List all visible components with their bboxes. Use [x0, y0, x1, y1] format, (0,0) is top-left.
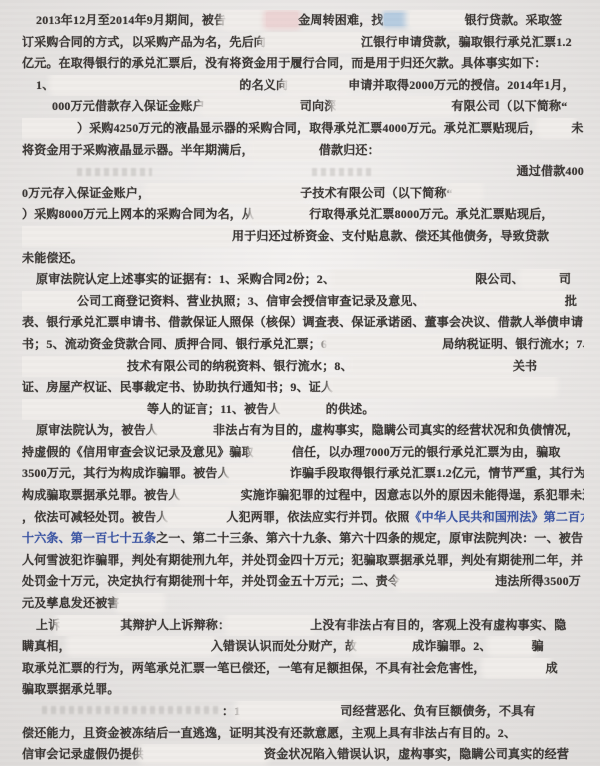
body-text: 金周转困难，找 [298, 13, 383, 27]
text-line: 构成骗取票据承兑罪。被告人实施诈骗犯罪的过程中，因意志以外的原因未能得逞，系犯罪… [22, 485, 584, 507]
redaction-patch [158, 422, 213, 436]
redaction-patch [22, 228, 232, 242]
redaction-patch [486, 660, 546, 674]
body-text: 人犯两罪，依法应实行并罚。依照 [226, 510, 409, 524]
body-text: 3500万元，其行为构成诈骗罪。被告人 [22, 466, 230, 480]
body-text: 司向深 [300, 99, 337, 113]
text-line: 将资金用于采购液晶显示器。半年期满后，借款归还： [22, 140, 584, 162]
redaction-patch [288, 77, 348, 91]
body-text: 原审法院认定上述事实的证据有：1、采购合同2份；2、 [36, 272, 335, 286]
body-text: 局纳税证明、银行流水；7、 [442, 337, 584, 351]
body-text: 银行贷款。采取签 [465, 13, 563, 27]
text-line: 订采购合同的方式，以采购产品为名，先后向江银行申请贷款，骗取银行承兑汇票1.2 [22, 32, 584, 54]
body-text: 书；5、流动资金贷款合同、质押合同、银行承兑汇票；6 [22, 337, 327, 351]
body-text: 司 [559, 272, 571, 286]
body-text: 000万元借款存入保证金账户 [52, 99, 205, 113]
body-text: 持虚假的《信用审查会议记录及意见》骗取 [22, 445, 254, 459]
body-text: ）采购4250万元的液晶显示器的采购合同，取得承兑汇票4000万元。承兑汇票贴现… [77, 121, 541, 135]
body-text: 用于归还过桥资金、支付贴息款、偿还其他债务，导致贷款 [232, 229, 549, 243]
text-line: 十六条、第一百七十五条之一、第二十三条、第六十九条、第六十四条的规定，原审法院判… [22, 528, 584, 550]
body-text: 的供述。 [326, 402, 375, 416]
body-text: 偿还能力，且资金被冻结后一直逃逸，证明其没有还款意愿，主观上具有非法占有目的。2… [22, 726, 516, 740]
text-line: 技术有限公司的纳税资料、银行流水；8、关书 [22, 356, 584, 378]
redaction-patch [226, 12, 266, 26]
body-text: 成诈骗罪。2、 [412, 639, 491, 653]
text-line: 证、房屋产权证、民事裁定书、协助执行通知书；9、证人 [22, 377, 584, 399]
ghost-stamp-marks [312, 168, 372, 176]
body-text: 批 [565, 294, 577, 308]
redaction-patch [254, 142, 319, 156]
redaction-patch [230, 617, 310, 631]
body-text: 未 [571, 121, 583, 135]
text-line: 人何雪波犯诈骗罪，判处有期徒刑九年，并处罚金四十万元；犯骗取票据承兑罪，判处有期… [22, 550, 584, 572]
redaction-patch [266, 34, 361, 48]
body-text: ）采购8000万元上网本的采购合同为名，从 [22, 207, 254, 221]
redaction-patch [22, 293, 77, 307]
body-text: 的名义向 [239, 78, 288, 92]
redaction-patch [541, 120, 571, 134]
text-line: 处罚金十万元，决定执行有期徒刑十年，并处罚金五十万元；二、责令违法所得3500万 [22, 571, 584, 593]
text-line: ：1司经营恶化、负有巨额债务，不具有 [22, 701, 584, 723]
redaction-patch [120, 595, 160, 609]
text-line: ，依法可减轻处罚。被告人人犯两罪，依法应实行并罚。依照《中华人民共和国刑法》第二… [22, 507, 584, 529]
text-line: ）采购8000万元上网本的采购合同为名，从行取得承兑汇票8000万元。承兑汇票贴… [22, 204, 584, 226]
text-line: 3500万元，其行为构成诈骗罪。被告人诈骗手段取得银行承兑汇票1.2亿元，情节严… [22, 463, 584, 485]
redaction-patch [150, 185, 300, 199]
redaction-patch [22, 358, 127, 372]
redaction-patch [410, 12, 465, 26]
text-line: 通过借款400 [22, 161, 584, 183]
body-text: 申请并取得2000万元的授信。2014年1月， [348, 78, 575, 92]
text-line: 000万元借款存入保证金账户司向深有限公司（以下简称“ [22, 96, 584, 118]
body-text: 构成骗取票据承兑罪。被告人 [22, 488, 181, 502]
redaction-patch [181, 487, 241, 501]
redaction-patch [327, 336, 442, 350]
document-page: 2013年12月至2014年9月期间，被告金周转困难，找银行贷款。采取签订采购合… [0, 0, 600, 766]
text-line: 0万元存入保证金账户，子技术有限公司（以下简称“ [22, 183, 584, 205]
body-text: 通过借款400 [517, 161, 584, 183]
law-citation-text: 《中华人民共和国刑法》第二百六 [409, 510, 584, 524]
redaction-patch [333, 379, 553, 393]
body-text: 1、 [36, 78, 54, 92]
body-text: 原审法院认为，被告人 [36, 423, 158, 437]
body-text: 技术有限公司的纳税资料、银行流水；8、 [127, 359, 353, 373]
redaction-patch [335, 271, 475, 285]
text-line: 信审会记录虚假仍提供资金状况陷入错误认识，虚构事实，隐瞒公司真实的经营 [22, 744, 584, 766]
redaction-patch [254, 206, 309, 220]
body-text: 司经营恶化、负有巨额债务，不具有 [340, 704, 535, 718]
body-text: 瞒真相， [22, 639, 71, 653]
body-text: 订采购合同的方式，以采购产品为名，先后向 [22, 35, 266, 49]
text-line: 原审法院认定上述事实的证据有：1、采购合同2份；2、限公司、司 [22, 269, 584, 291]
body-text: 骗取票据承兑罪。 [22, 682, 120, 696]
text-line: 等人的证言；11、被告人的供述。 [22, 399, 584, 421]
law-citation-text: 十六条、第一百七十五条 [22, 531, 156, 545]
redaction-patch [453, 185, 478, 199]
text-line: 用于归还过桥资金、支付贴息款、偿还其他债务，导致贷款 [22, 226, 584, 248]
body-text: 之一、第二十三条、第六十九条、第六十四条的规定，原审法院判决：一、被告 [156, 531, 583, 545]
body-text: 上没有非法占有目的，客观上没有虚构事实、隐 [310, 618, 566, 632]
redaction-patch [336, 98, 451, 112]
redaction-patch [168, 509, 226, 523]
redaction-patch [54, 77, 239, 91]
redaction-patch [240, 703, 340, 717]
text-line: 未能偿还。 [22, 248, 584, 270]
body-text: 上诉 [36, 618, 60, 632]
body-text: 信审会记录虚假仍提供 [22, 747, 144, 761]
body-text: 信任，以办理7000万元的银行承兑汇票为由，骗取 [292, 445, 561, 459]
redaction-patch [22, 401, 147, 415]
text-line: 取承兑汇票的行为，两笔承兑汇票一笔已偿还，一笔有足额担保，不具有社会危害性，成 [22, 658, 584, 680]
text-line: 2013年12月至2014年9月期间，被告金周转困难，找银行贷款。采取签 [22, 10, 584, 32]
text-line: 偿还能力，且资金被冻结后一直逃逸，证明其没有还款意愿，主观上具有非法占有目的。2… [22, 723, 584, 745]
redaction-patch [353, 358, 513, 372]
redaction-patch [357, 638, 412, 652]
redaction-patch [254, 444, 292, 458]
text-line: 书；5、流动资金贷款合同、质押合同、银行承兑汇票；6局纳税证明、银行流水；7、 [22, 334, 584, 356]
body-text: 违法所得3500万 [495, 574, 581, 588]
redaction-patch [492, 638, 532, 652]
text-line: 原审法院认为，被告人非法占有为目的，虚构事实，隐瞒公司真实的经营状况和负债情况， [22, 420, 584, 442]
body-text: 借款归还： [319, 143, 380, 157]
body-text: 资金状况陷入错误认识，虚构事实，隐瞒公司真实的经营 [264, 747, 569, 761]
body-text: 2013年12月至2014年9月期间，被告 [36, 13, 226, 27]
body-text: 实施诈骗犯罪的过程中，因意志以外的原因未能得逞，系犯罪未遂 [241, 488, 584, 502]
body-text: 行取得承兑汇票8000万元。承兑汇票贴现后， [309, 207, 553, 221]
redaction-patch [71, 638, 211, 652]
text-line: 瞒真相，入错误认识而处分财产，故成诈骗罪。2、骗 [22, 636, 584, 658]
body-text: 证、房屋产权证、民事裁定书、协助执行通知书；9、证人 [22, 380, 333, 394]
text-line: ）采购4250万元的液晶显示器的采购合同，取得承兑汇票4000万元。承兑汇票贴现… [22, 118, 584, 140]
body-text: 将资金用于采购液晶显示器。半年期满后， [22, 143, 254, 157]
redaction-patch [524, 271, 559, 285]
body-text: 江银行申请贷款，骗取银行承兑汇票1.2 [361, 35, 572, 49]
body-text: 人何雪波犯诈骗罪，判处有期徒刑九年，并处罚金四十万元；犯骗取票据承兑罪，判处有期… [22, 553, 583, 567]
body-text: 元及孳息发还被害 [22, 596, 120, 610]
body-text: 表、银行承兑汇票申请书、借款保证人照保（核保）调查表、保证承诺函、董事会决议、借… [22, 315, 583, 329]
body-text: 亿元。在取得银行的承兑汇票后，没有将资金用于履行合同，而是用于归还欠款。具体事实… [22, 56, 547, 70]
blue-redaction-patch [384, 13, 410, 26]
body-text: 未能偿还。 [22, 251, 83, 265]
body-text: 限公司、 [475, 272, 524, 286]
text-line: 公司工商登记资料、营业执照；3、信审会授信审查记录及意见、批 [22, 291, 584, 313]
body-text: ，依法可减轻处罚。被告人 [22, 510, 168, 524]
body-text: 诈骗手段取得银行承兑汇票1.2亿元，情节严重，其行为 [290, 466, 584, 480]
pink-redaction-patch [266, 12, 298, 27]
body-text: 处罚金十万元，决定执行有期徒刑十年，并处罚金五十万元；二、责令 [22, 574, 400, 588]
body-text: 其辩护人上诉辩称： [120, 618, 230, 632]
body-text: 骗 [532, 639, 544, 653]
text-line: 亿元。在取得银行的承兑汇票后，没有将资金用于履行合同，而是用于归还欠款。具体事实… [22, 53, 584, 75]
body-text: 成 [546, 661, 558, 675]
text-line: 元及孳息发还被害 [22, 593, 584, 615]
redaction-patch [205, 98, 300, 112]
body-text: 非法占有为目的，虚构事实，隐瞒公司真实的经营状况和负债情况， [213, 423, 579, 437]
redaction-patch [281, 401, 326, 415]
document-body: 2013年12月至2014年9月期间，被告金周转困难，找银行贷款。采取签订采购合… [22, 10, 584, 766]
ghost-stamp-marks [42, 706, 222, 714]
redaction-patch [425, 293, 565, 307]
body-text: 子技术有限公司（以下简称“ [300, 186, 453, 200]
redaction-patch [144, 746, 264, 760]
body-text: 公司工商登记资料、营业执照；3、信审会授信审查记录及意见、 [77, 294, 425, 308]
redaction-patch [22, 120, 77, 134]
redaction-patch [60, 617, 120, 631]
body-text: 等人的证言；11、被告人 [147, 402, 281, 416]
body-text: 入错误认识而处分财产，故 [211, 639, 357, 653]
body-text: ：1 [222, 704, 240, 718]
body-text: 关书 [513, 359, 537, 373]
body-text: 取承兑汇票的行为，两笔承兑汇票一笔已偿还，一笔有足额担保，不具有社会危害性， [22, 661, 486, 675]
redaction-patch [400, 573, 495, 587]
body-text: 0万元存入保证金账户， [22, 186, 150, 200]
text-line: 骗取票据承兑罪。 [22, 679, 584, 701]
redaction-patch [230, 465, 290, 479]
text-line: 上诉其辩护人上诉辩称：上没有非法占有目的，客观上没有虚构事实、隐 [22, 615, 584, 637]
ghost-stamp-marks [77, 168, 152, 176]
text-line: 表、银行承兑汇票申请书、借款保证人照保（核保）调查表、保证承诺函、董事会决议、借… [22, 312, 584, 334]
body-text: 有限公司（以下简称“ [451, 99, 567, 113]
text-line: 持虚假的《信用审查会议记录及意见》骗取信任，以办理7000万元的银行承兑汇票为由… [22, 442, 584, 464]
text-line: 1、的名义向申请并取得2000万元的授信。2014年1月， [22, 75, 584, 97]
